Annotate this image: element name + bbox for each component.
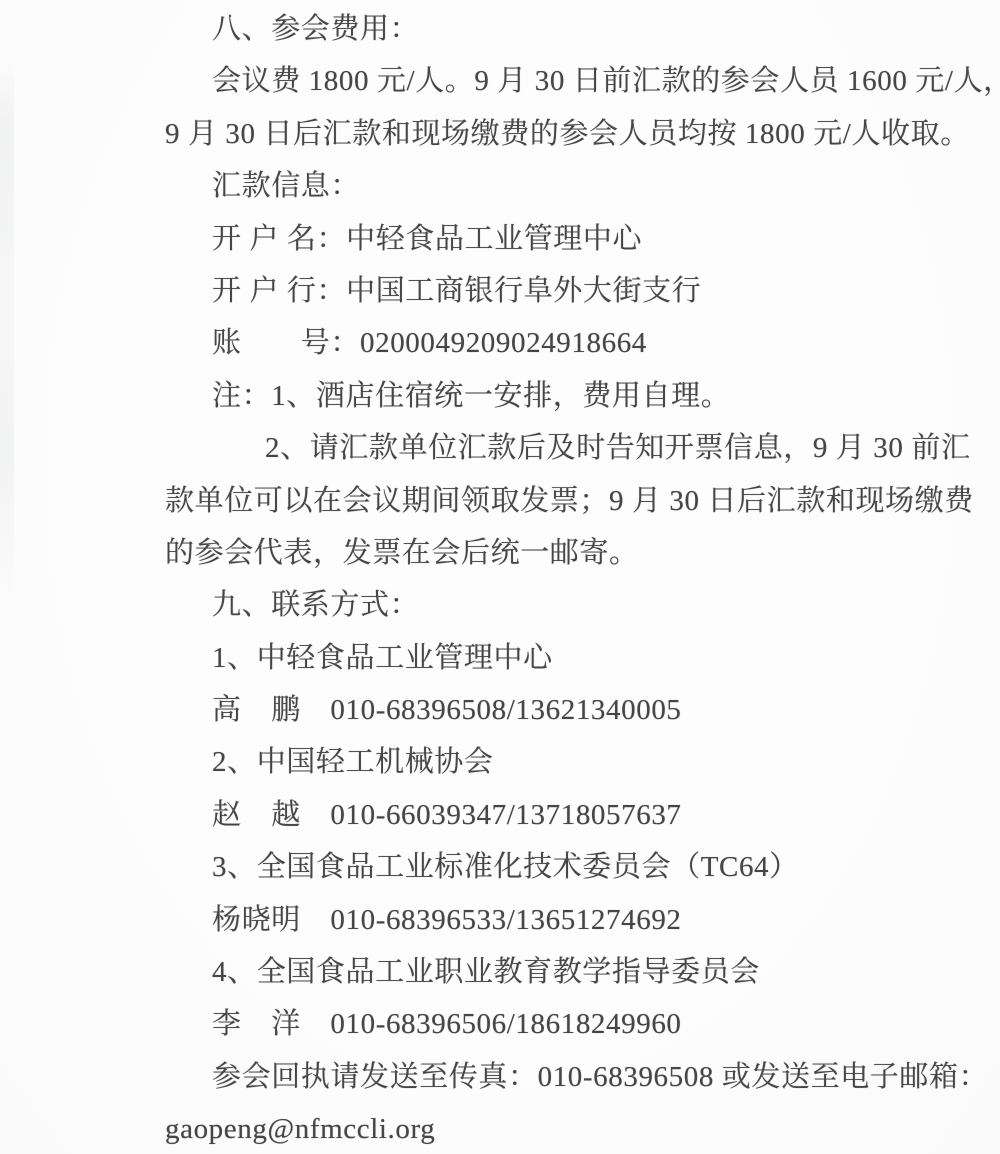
contact-person-3: 杨晓明 010-68396533/13651274692	[165, 894, 888, 946]
note-1-line: 注：1、酒店住宿统一安排，费用自理。	[165, 370, 888, 422]
account-name-line: 开 户 名：中轻食品工业管理中心	[165, 213, 888, 265]
section-9-heading: 九、联系方式：	[165, 579, 888, 631]
note-2-line-3: 的参会代表，发票在会后统一邮寄。	[165, 527, 888, 579]
remittance-info-heading: 汇款信息：	[165, 160, 888, 212]
contact-person-1: 高 鹏 010-68396508/13621340005	[165, 684, 888, 736]
contact-org-1: 1、中轻食品工业管理中心	[165, 632, 888, 684]
bank-name-line: 开 户 行：中国工商银行阜外大街支行	[165, 265, 888, 317]
reply-email-line: gaopeng@nfmccli.org	[165, 1103, 888, 1154]
section-8-heading: 八、参会费用：	[165, 3, 888, 55]
contact-org-4: 4、全国食品工业职业教育教学指导委员会	[165, 946, 888, 998]
note-2-line-2: 款单位可以在会议期间领取发票；9 月 30 日后汇款和现场缴费	[165, 475, 888, 527]
reply-instruction-line: 参会回执请发送至传真：010-68396508 或发送至电子邮箱：	[165, 1051, 888, 1103]
contact-person-4: 李 洋 010-68396506/18618249960	[165, 998, 888, 1050]
note-2-line-1: 2、请汇款单位汇款后及时告知开票信息，9 月 30 前汇	[165, 422, 888, 474]
document-page: 八、参会费用： 会议费 1800 元/人。9 月 30 日前汇款的参会人员 16…	[0, 0, 1000, 1154]
account-number-line: 账 号：0200049209024918664	[165, 317, 888, 369]
contact-person-2: 赵 越 010-66039347/13718057637	[165, 789, 888, 841]
fee-paragraph-line-2: 9 月 30 日后汇款和现场缴费的参会人员均按 1800 元/人收取。	[165, 108, 888, 160]
fee-paragraph-line-1: 会议费 1800 元/人。9 月 30 日前汇款的参会人员 1600 元/人，	[165, 55, 888, 107]
contact-org-2: 2、中国轻工机械协会	[165, 736, 888, 788]
scan-artifact	[0, 60, 14, 620]
contact-org-3: 3、全国食品工业标准化技术委员会（TC64）	[165, 841, 888, 893]
